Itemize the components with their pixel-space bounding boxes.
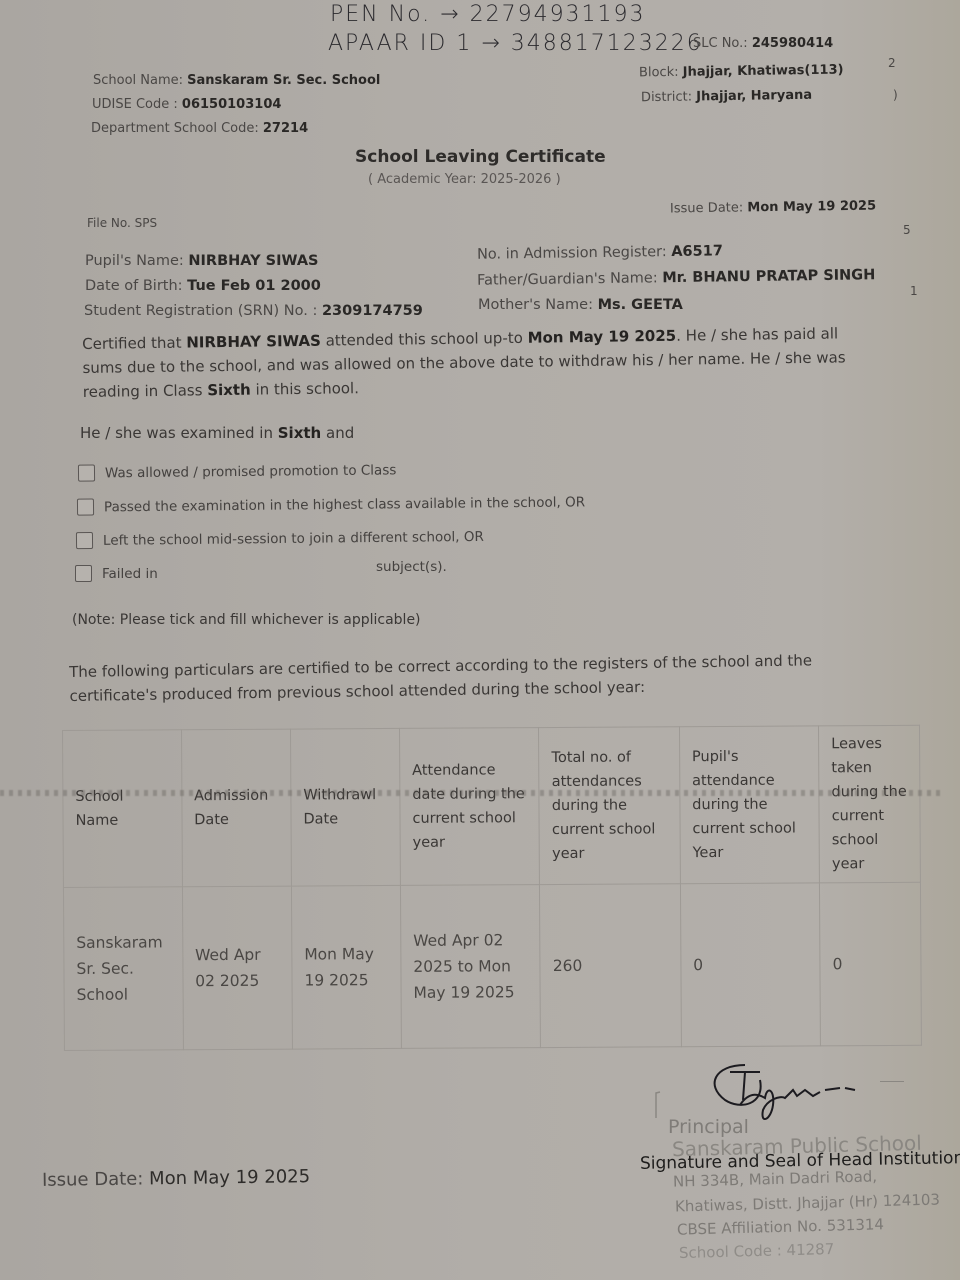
school-name-value: Sanskaram Sr. Sec. School [187,73,380,88]
srn-number: Student Registration (SRN) No. : 2309174… [84,303,423,319]
note: (Note: Please tick and fill whichever is… [72,612,421,628]
margin-mark: 1 [910,284,918,298]
option-label: Was allowed / promised promotion to Clas… [105,462,397,481]
issue-date-bottom-value: Mon May 19 2025 [149,1166,310,1189]
cell-admission-date: Wed Apr 02 2025 [182,886,292,1050]
block-label: Block: [639,65,679,81]
issue-date-top-label: Issue Date: [670,200,743,216]
slc-label: SLC No.: [693,36,748,51]
option-label: Left the school mid-session to join a di… [103,528,484,548]
examined-line: He / she was examined in Sixth and [80,421,354,445]
srn-value: 2309174759 [322,303,423,319]
checkbox[interactable] [78,464,95,481]
udise-value: 06150103104 [182,97,282,112]
margin-mark: 5 [903,223,911,237]
academic-year: ( Academic Year: 2025-2026 ) [368,172,561,187]
particulars-intro: The following particulars are certified … [69,648,840,708]
district: District: Jhajjar, Haryana [641,88,812,105]
header-school-name: School Name [63,730,183,888]
option-promotion[interactable]: Was allowed / promised promotion to Clas… [78,461,397,481]
particulars-table: School Name Admission Date Withdrawl Dat… [62,725,922,1051]
cert-date: Mon May 19 2025 [527,327,676,347]
option-passed-highest[interactable]: Passed the examination in the highest cl… [77,493,585,515]
pen-label: PEN No. → [330,2,461,27]
pupil-name-label: Pupil's Name: [85,253,184,269]
mother-name: Mother's Name: Ms. GEETA [478,297,683,313]
school-name: School Name: Sanskaram Sr. Sec. School [93,73,380,88]
district-label: District: [641,89,692,105]
dept-code-label: Department School Code: [91,121,259,136]
cert-text-4: in this school. [251,379,359,399]
header-withdrawl-date: Withdrawl Date [290,728,400,886]
apaar-id: APAAR ID 1 → 348817123226 [328,31,703,56]
certification-paragraph: Certified that NIRBHAY SIWAS attended th… [82,321,853,404]
admission-label: No. in Admission Register: [477,244,667,263]
option-label: Passed the examination in the highest cl… [104,494,585,515]
header-admission-date: Admission Date [181,729,291,887]
slc-value: 245980414 [752,36,833,51]
header-pupil-attendance: Pupil's attendance during the current sc… [679,726,819,884]
cell-leaves-taken: 0 [820,882,922,1046]
option-left-mid-session[interactable]: Left the school mid-session to join a di… [76,528,484,549]
slc-number: SLC No.: 245980414 [693,36,833,51]
mother-value: Ms. GEETA [598,297,683,313]
district-value: Jhajjar, Haryana [696,88,812,105]
apaar-label: APAAR ID 1 → [328,31,502,56]
checkbox[interactable] [75,565,92,582]
table-header-row: School Name Admission Date Withdrawl Dat… [63,725,921,887]
pen-number: PEN No. → 22794931193 [330,2,646,27]
block-value: Jhajjar, Khatiwas(113) [683,63,844,80]
examined-text-1: He / she was examined in [80,424,278,442]
father-name: Father/Guardian's Name: Mr. BHANU PRATAP… [477,267,875,289]
print-smudge [0,790,940,796]
issue-date-bottom-label: Issue Date: [42,1168,144,1190]
examined-text-2: and [321,424,354,442]
examined-class: Sixth [278,424,321,442]
cell-total-attendances: 260 [540,884,681,1048]
cell-school-name: Sanskaram Sr. Sec. School [63,887,183,1051]
margin-mark: ) [893,88,898,102]
checkbox[interactable] [77,498,94,515]
header-attendance-dates: Attendance date during the current schoo… [399,728,539,886]
dept-code-value: 27214 [263,121,308,136]
dob-label: Date of Birth: [85,278,183,294]
cert-class: Sixth [207,381,251,400]
failed-subjects-suffix: subject(s). [376,559,447,575]
stamp-bracket [652,1090,664,1120]
certificate-title: School Leaving Certificate [355,147,606,167]
cert-text-2: attended this school up-to [321,329,528,350]
father-label: Father/Guardian's Name: [477,270,658,289]
file-no-value: SPS [135,216,157,230]
mother-label: Mother's Name: [478,297,593,313]
header-leaves-taken: Leaves taken during the current school y… [819,725,921,883]
table-row: Sanskaram Sr. Sec. School Wed Apr 02 202… [63,882,921,1050]
stamp-line [880,1081,904,1082]
dob-value: Tue Feb 01 2000 [187,278,321,294]
header-total-attendances: Total no. of attendances during the curr… [539,727,680,885]
udise-label: UDISE Code : [92,97,178,112]
stamp-affiliation: CBSE Affiliation No. 531314 [677,1212,885,1241]
option-label: Failed in [102,566,158,582]
school-name-label: School Name: [93,73,183,88]
file-no-label: File No. [87,216,131,230]
date-of-birth: Date of Birth: Tue Feb 01 2000 [85,278,321,294]
issue-date-top-value: Mon May 19 2025 [747,199,876,216]
pen-value: 22794931193 [470,2,646,27]
srn-label: Student Registration (SRN) No. : [84,303,317,319]
margin-mark: 2 [888,56,896,70]
checkbox[interactable] [76,532,93,549]
file-number: File No. SPS [87,216,157,230]
cell-withdrawl-date: Mon May 19 2025 [291,885,401,1049]
udise-code: UDISE Code : 06150103104 [92,97,281,112]
pupil-name-value: NIRBHAY SIWAS [188,253,318,269]
block: Block: Jhajjar, Khatiwas(113) [639,63,844,81]
pupil-name: Pupil's Name: NIRBHAY SIWAS [85,253,319,269]
issue-date-bottom: Issue Date: Mon May 19 2025 [42,1166,310,1191]
apaar-value: 348817123226 [511,31,703,56]
cert-pupil-name: NIRBHAY SIWAS [186,332,321,352]
option-failed[interactable]: Failed in [75,565,158,582]
issue-date-top: Issue Date: Mon May 19 2025 [670,199,876,217]
admission-register-number: No. in Admission Register: A6517 [477,243,723,262]
department-school-code: Department School Code: 27214 [91,121,308,136]
cell-attendance-dates: Wed Apr 02 2025 to Mon May 19 2025 [400,885,540,1049]
admission-value: A6517 [671,243,723,260]
cell-pupil-attendance: 0 [680,883,820,1047]
stamp-school-code: School Code : 41287 [679,1237,835,1265]
cert-text-1: Certified that [82,334,186,353]
father-value: Mr. BHANU PRATAP SINGH [662,267,875,286]
